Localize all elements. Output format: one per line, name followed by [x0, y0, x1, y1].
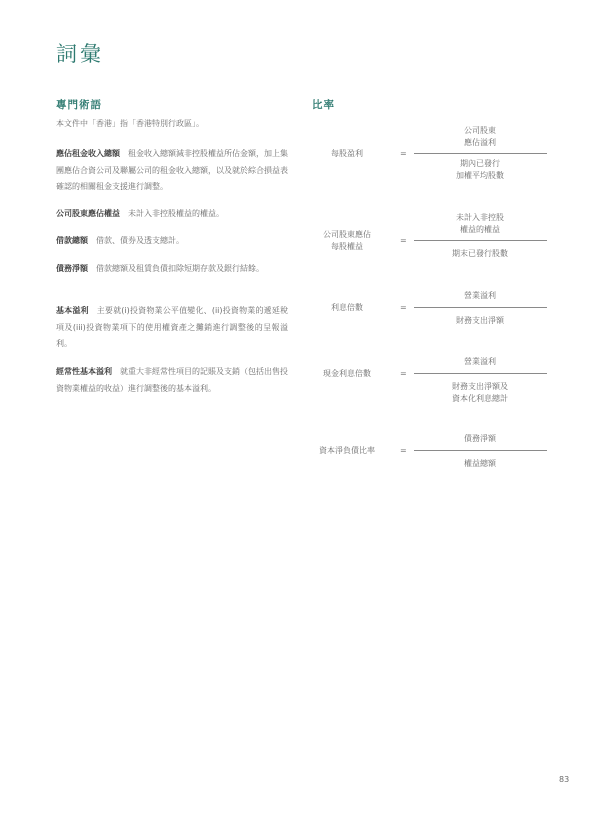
term-definition: 主要就(i)投資物業公平值變化、(ii)投資物業的遞延稅項及(iii)投資物業項… — [56, 306, 288, 348]
ratios-heading: 比率 — [312, 97, 335, 112]
ratio-numerator: 公司股東應佔溢利 — [414, 125, 546, 149]
ratio-denominator: 權益總額 — [414, 458, 546, 470]
glossary-term: 公司股東應佔權益未計入非控股權益的權益。 — [56, 206, 288, 223]
ratio-denominator: 期末已發行股數 — [414, 248, 546, 260]
term-name: 借款總額 — [56, 236, 88, 245]
term-name: 應佔租金收入總額 — [56, 149, 120, 158]
equals-sign: = — [400, 446, 407, 455]
glossary-term: 應佔租金收入總額租金收入總額減非控股權益所佔金額，加上集團應佔合資公司及聯屬公司… — [56, 146, 288, 196]
equals-sign: = — [400, 236, 407, 245]
term-definition: 借款總額及租賃負債扣除短期存款及銀行結餘。 — [96, 264, 264, 273]
glossary-term: 基本溢利主要就(i)投資物業公平值變化、(ii)投資物業的遞延稅項及(iii)投… — [56, 303, 288, 353]
ratio-interest-cover: 利息倍數 = 營業溢利 財務支出淨額 — [312, 290, 547, 350]
ratio-denominator: 期內已發行加權平均股數 — [414, 158, 546, 182]
ratio-net-debt-to-equity: 資本淨負債比率 = 債務淨額 權益總額 — [312, 433, 547, 493]
term-name: 公司股東應佔權益 — [56, 209, 120, 218]
term-name: 經常性基本溢利 — [56, 367, 112, 376]
fraction-line — [414, 307, 547, 308]
glossary-heading: 專門術語 — [56, 97, 102, 112]
ratio-equity-per-share: 公司股東應佔每股權益 = 未計入非控股權益的權益 期末已發行股數 — [312, 212, 547, 272]
equals-sign: = — [400, 149, 407, 158]
fraction-line — [414, 240, 547, 241]
glossary-term: 借款總額借款、債券及透支總計。 — [56, 233, 288, 250]
equals-sign: = — [400, 303, 407, 312]
ratio-label: 現金利息倍數 — [312, 368, 382, 380]
glossary-intro: 本文件中「香港」指「香港特別行政區」。 — [56, 118, 296, 129]
ratio-denominator: 財務支出淨額及資本化利息總計 — [414, 381, 546, 405]
equals-sign: = — [400, 369, 407, 378]
ratio-numerator: 營業溢利 — [414, 290, 546, 302]
page-number: 83 — [559, 775, 569, 784]
glossary-term: 債務淨額借款總額及租賃負債扣除短期存款及銀行結餘。 — [56, 261, 288, 278]
term-name: 債務淨額 — [56, 264, 88, 273]
fraction-line — [414, 373, 547, 374]
page-title: 詞彙 — [56, 38, 104, 68]
ratio-earnings-per-share: 每股盈利 = 公司股東應佔溢利 期內已發行加權平均股數 — [312, 125, 547, 185]
ratio-denominator: 財務支出淨額 — [414, 315, 546, 327]
ratio-label: 利息倍數 — [312, 302, 382, 314]
fraction-line — [414, 153, 547, 154]
ratio-numerator: 債務淨額 — [414, 433, 546, 445]
ratio-numerator: 營業溢利 — [414, 356, 546, 368]
ratio-label: 每股盈利 — [312, 148, 382, 160]
ratio-numerator: 未計入非控股權益的權益 — [414, 212, 546, 236]
term-definition: 未計入非控股權益的權益。 — [128, 209, 224, 218]
ratio-cash-interest-cover: 現金利息倍數 = 營業溢利 財務支出淨額及資本化利息總計 — [312, 356, 547, 416]
term-definition: 借款、債券及透支總計。 — [96, 236, 184, 245]
fraction-line — [414, 450, 547, 451]
term-name: 基本溢利 — [56, 306, 89, 315]
ratio-label: 資本淨負債比率 — [312, 445, 382, 457]
glossary-term: 經常性基本溢利就重大非經常性項目的記賬及支銷（包括出售投資物業權益的收益）進行調… — [56, 364, 288, 397]
ratio-label: 公司股東應佔每股權益 — [312, 229, 382, 253]
